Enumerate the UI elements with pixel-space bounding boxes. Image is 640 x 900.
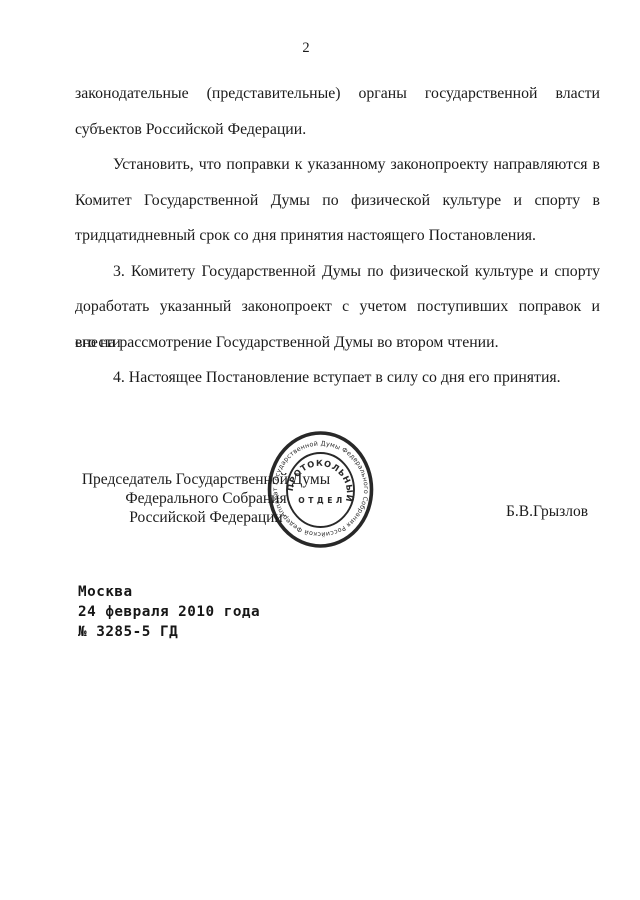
protocol-department-stamp-icon: Аппарат Государственной Думы Федеральног… [264, 429, 377, 551]
footer-block: Москва 24 февраля 2010 года № 3285-5 ГД [78, 582, 260, 642]
document-page: { "page": { "number": "2", "background_c… [0, 0, 640, 900]
resolution-body: законодательные (представительные) орган… [75, 76, 600, 396]
body-line: Комитет Государственной Думы по физическ… [75, 183, 600, 219]
body-line: 4. Настоящее Постановление вступает в си… [75, 360, 600, 396]
footer-city: Москва [78, 582, 260, 602]
stamp-outer-ring [270, 433, 372, 546]
page-number: 2 [0, 40, 612, 57]
body-line: доработать указанный законопроект с учет… [75, 289, 600, 325]
footer-doc-number: № 3285-5 ГД [78, 622, 260, 642]
body-line: тридцатидневный срок со дня принятия нас… [75, 218, 600, 254]
stamp-title-center: ОТДЕЛ [298, 496, 345, 505]
body-line: субъектов Российской Федерации. [75, 112, 600, 148]
footer-date: 24 февраля 2010 года [78, 602, 260, 622]
body-line: Установить, что поправки к указанному за… [75, 147, 600, 183]
body-line: 3. Комитету Государственной Думы по физи… [75, 254, 600, 290]
body-line: законодательные (представительные) орган… [75, 76, 600, 112]
signee-name: Б.В.Грызлов [506, 503, 588, 521]
body-line: его на рассмотрение Государственной Думы… [75, 325, 600, 361]
